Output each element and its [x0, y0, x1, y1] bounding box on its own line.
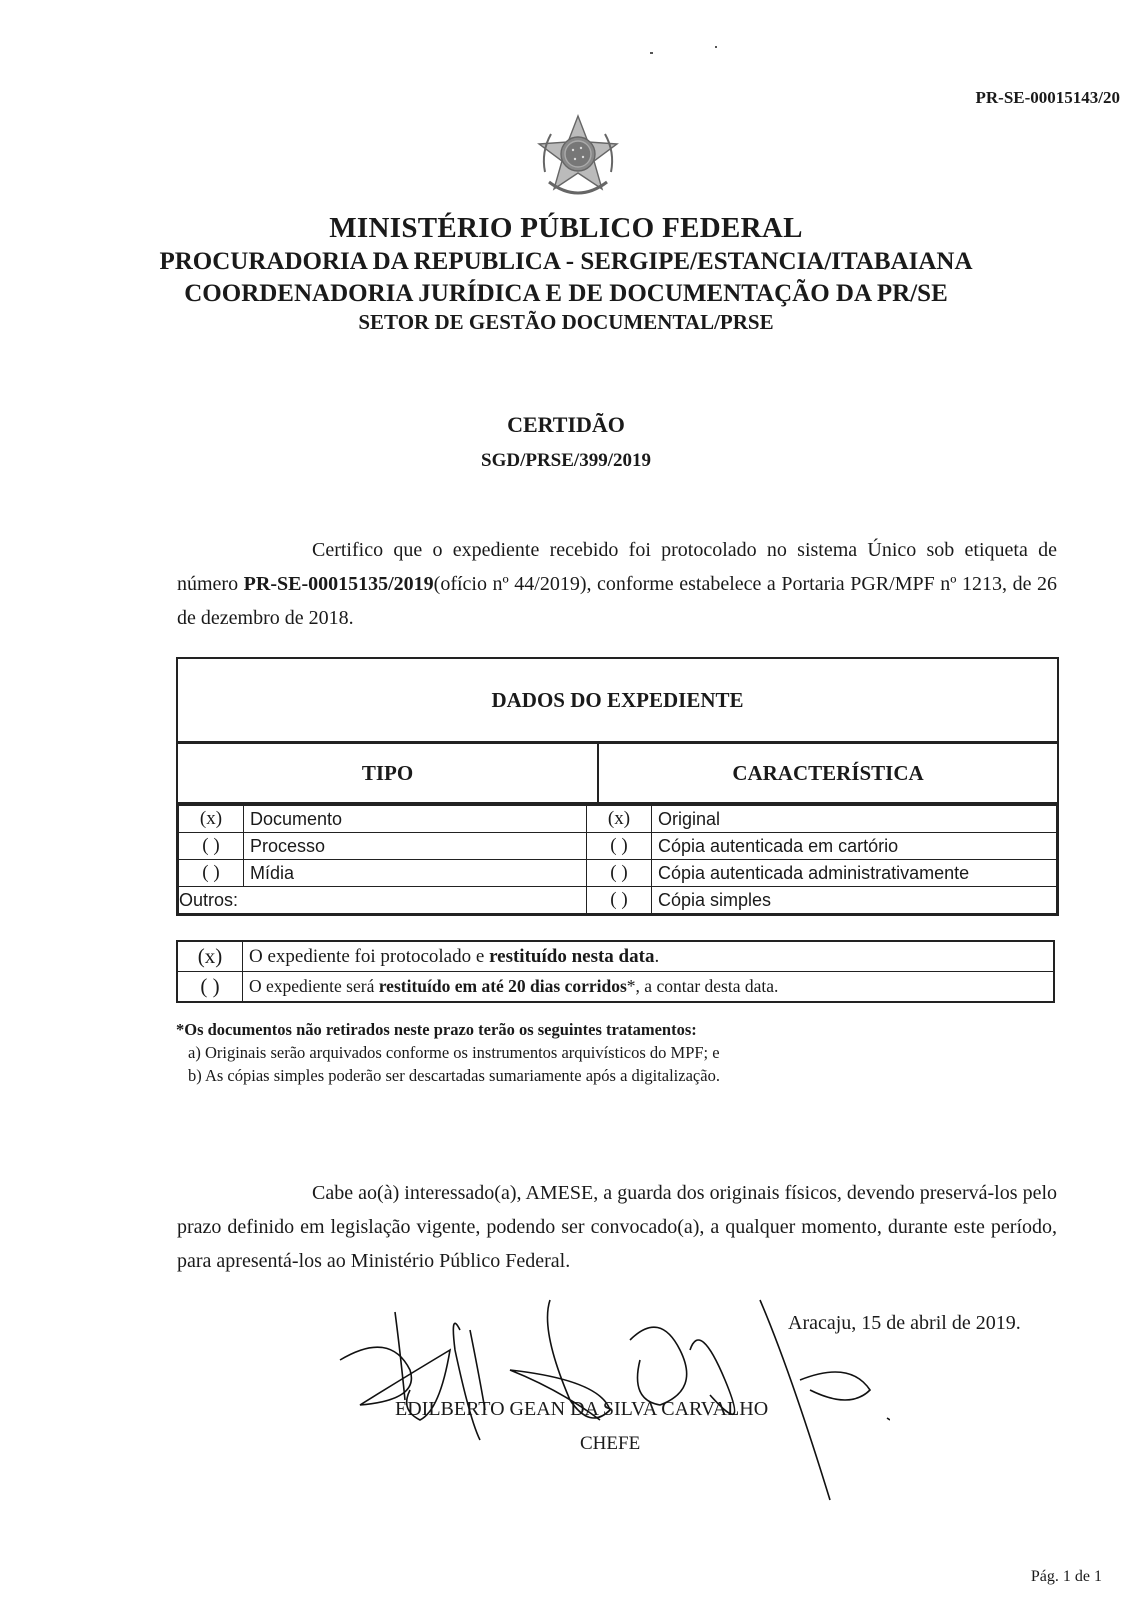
brazil-coat-of-arms-icon [535, 112, 621, 206]
checkbox-mark: ( ) [587, 887, 652, 914]
caracteristica-option: Cópia autenticada administrativamente [652, 860, 1057, 887]
table-title: DADOS DO EXPEDIENTE [178, 659, 1057, 744]
footnote-item: a) Originais serão arquivados conforme o… [176, 1041, 720, 1064]
certification-paragraph: Certifico que o expediente recebido foi … [177, 533, 1057, 635]
status-text: O expediente será restituído em até 20 d… [243, 972, 1055, 1003]
checkbox-mark: ( ) [587, 833, 652, 860]
column-header-tipo: TIPO [178, 744, 599, 802]
status-text: O expediente foi protocolado e restituíd… [243, 941, 1055, 972]
outros-label: Outros: [179, 887, 587, 914]
footnote-item: b) As cópias simples poderão ser descart… [176, 1064, 720, 1087]
table-row: (x) Documento (x) Original [179, 806, 1057, 833]
checkbox-mark: ( ) [177, 972, 243, 1003]
handwritten-signature-icon [330, 1290, 890, 1520]
caracteristica-option: Original [652, 806, 1057, 833]
tipo-option: Documento [244, 806, 587, 833]
label-number: PR-SE-00015135/2019 [244, 573, 434, 595]
checkbox-mark: (x) [179, 806, 244, 833]
table-row: ( ) Processo ( ) Cópia autenticada em ca… [179, 833, 1057, 860]
tipo-option: Mídia [244, 860, 587, 887]
expediente-table: DADOS DO EXPEDIENTE TIPO CARACTERÍSTICA … [176, 657, 1059, 916]
certificate-title: CERTIDÃO [0, 412, 1132, 438]
checkbox-mark: ( ) [179, 860, 244, 887]
checkbox-mark: ( ) [179, 833, 244, 860]
sector-title: SETOR DE GESTÃO DOCUMENTAL/PRSE [0, 310, 1132, 335]
department-title: COORDENADORIA JURÍDICA E DE DOCUMENTAÇÃO… [0, 280, 1132, 308]
caracteristica-option: Cópia simples [652, 887, 1057, 914]
certificate-number: SGD/PRSE/399/2019 [0, 450, 1132, 472]
checkbox-mark: (x) [587, 806, 652, 833]
column-header-caracteristica: CARACTERÍSTICA [599, 744, 1057, 802]
status-table: (x) O expediente foi protocolado e resti… [176, 940, 1055, 1003]
page-number: Pág. 1 de 1 [1031, 1568, 1102, 1586]
table-row: ( ) Mídia ( ) Cópia autenticada administ… [179, 860, 1057, 887]
table-row: ( ) O expediente será restituído em até … [177, 972, 1054, 1003]
institution-title: MINISTÉRIO PÚBLICO FEDERAL [0, 212, 1132, 245]
paragraph-text: Cabe ao(à) interessado(a), AMESE, a guar… [177, 1182, 1057, 1272]
caracteristica-option: Cópia autenticada em cartório [652, 833, 1057, 860]
footnotes: *Os documentos não retirados neste prazo… [176, 1018, 720, 1087]
scan-speck [650, 52, 653, 54]
checkbox-mark: (x) [177, 941, 243, 972]
document-id: PR-SE-00015143/20 [976, 88, 1121, 108]
tipo-option: Processo [244, 833, 587, 860]
scan-speck [715, 46, 717, 48]
custody-paragraph: Cabe ao(à) interessado(a), AMESE, a guar… [177, 1176, 1057, 1278]
footnote-title: *Os documentos não retirados neste prazo… [176, 1018, 720, 1041]
checkbox-mark: ( ) [587, 860, 652, 887]
table-row: (x) O expediente foi protocolado e resti… [177, 941, 1054, 972]
office-title: PROCURADORIA DA REPUBLICA - SERGIPE/ESTA… [0, 248, 1132, 276]
table-row: Outros: ( ) Cópia simples [179, 887, 1057, 914]
